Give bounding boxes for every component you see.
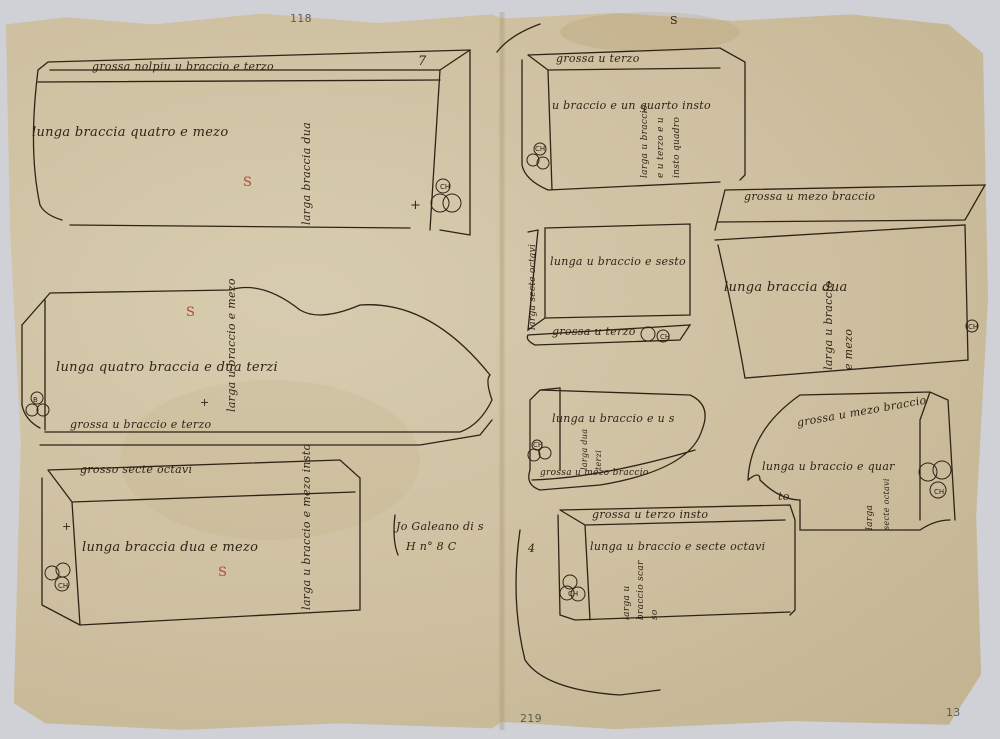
mason-mark-circles xyxy=(0,0,1000,739)
